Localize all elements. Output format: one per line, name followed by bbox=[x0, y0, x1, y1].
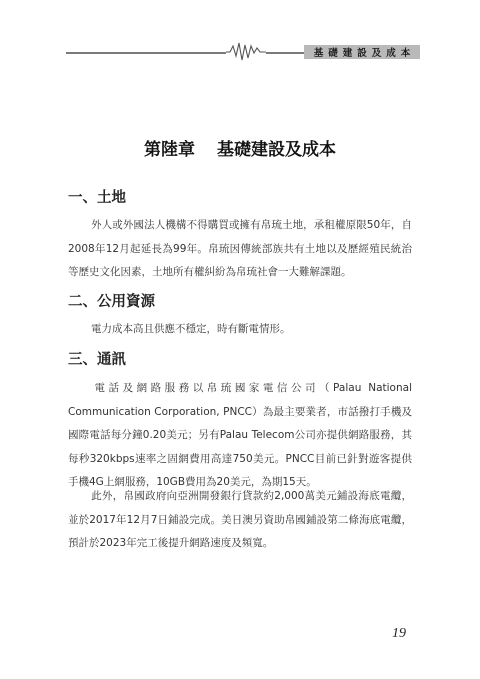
section-heading-utilities: 二、公用資源 bbox=[68, 290, 155, 311]
running-title: 基礎建設及成本 bbox=[309, 45, 416, 59]
paragraph-utilities: 電力成本高且供應不穩定，時有斷電情形。 bbox=[68, 318, 412, 342]
chapter-number: 第陸章 bbox=[144, 140, 195, 160]
chapter-name: 基礎建設及成本 bbox=[217, 140, 336, 160]
section-heading-communications: 三、通訊 bbox=[68, 348, 126, 369]
paragraph-text: 外人或外國法人機構不得購買或擁有帛琉土地，承租權原限50年，自2008年12月起… bbox=[68, 219, 412, 278]
header-rule-left bbox=[66, 52, 226, 54]
paragraph-communications-2: 此外，帛國政府向亞洲開發銀行貸款約2,000萬美元鋪設海底電纜，並於2017年1… bbox=[68, 485, 412, 556]
chapter-title: 第陸章基礎建設及成本 bbox=[0, 135, 480, 160]
page-number: 19 bbox=[392, 626, 406, 642]
header-banner: 基礎建設及成本 bbox=[304, 45, 420, 59]
zigzag-line-icon bbox=[226, 40, 266, 64]
paragraph-text: 此外，帛國政府向亞洲開發銀行貸款約2,000萬美元鋪設海底電纜，並於2017年1… bbox=[68, 490, 412, 549]
running-header: 基礎建設及成本 bbox=[66, 38, 420, 66]
header-rule-mid bbox=[266, 52, 304, 54]
section-heading-land: 一、土地 bbox=[68, 186, 126, 207]
paragraph-text: 電話及網路服務以帛琉國家電信公司（Palau National Communic… bbox=[68, 382, 412, 488]
paragraph-text: 電力成本高且供應不穩定，時有斷電情形。 bbox=[91, 323, 291, 335]
paragraph-communications-1: 電話及網路服務以帛琉國家電信公司（Palau National Communic… bbox=[68, 377, 412, 495]
paragraph-land: 外人或外國法人機構不得購買或擁有帛琉土地，承租權原限50年，自2008年12月起… bbox=[68, 214, 412, 285]
